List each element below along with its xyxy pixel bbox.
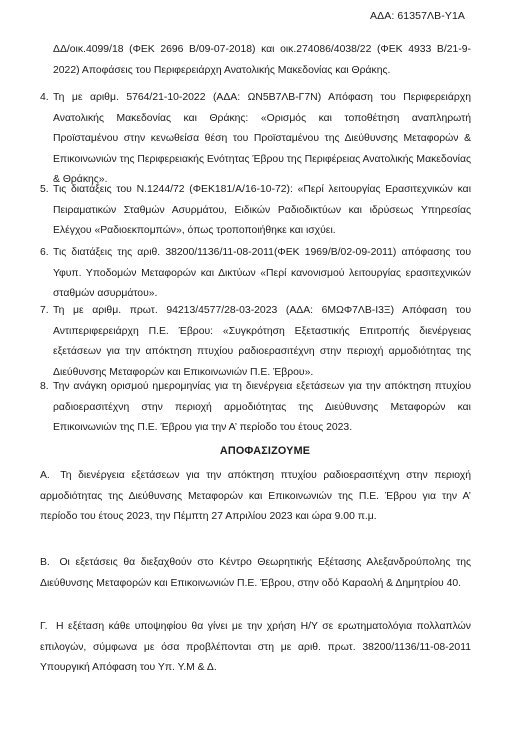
item-text: Τις διατάξεις της αριθ. 38200/1136/11-08… xyxy=(53,243,471,305)
list-item-4: 4. Τη με αριθμ. 5764/21-10-2022 (ΑΔΑ: ΩΝ… xyxy=(40,88,471,191)
item-text: Την ανάγκη ορισμού ημερομηνίας για τη δι… xyxy=(53,377,471,439)
section-text: Α. Τη διενέργεια εξετάσεων για την απόκτ… xyxy=(40,466,471,528)
item-number: 7. xyxy=(40,301,53,383)
section-b: Β. Οι εξετάσεις θα διεξαχθούν στο Κέντρο… xyxy=(40,553,471,594)
section-text: Β. Οι εξετάσεις θα διεξαχθούν στο Κέντρο… xyxy=(40,553,471,594)
item-text: Τις διατάξεις του Ν.1244/72 (ΦΕΚ181/Α/16… xyxy=(53,180,471,242)
item-number: 8. xyxy=(40,377,53,439)
section-body: Τη διενέργεια εξετάσεων για την απόκτηση… xyxy=(40,470,471,522)
section-body: Οι εξετάσεις θα διεξαχθούν στο Κέντρο Θε… xyxy=(40,557,471,589)
continuation-paragraph: ΔΔ/οικ.4099/18 (ΦΕΚ 2696 Β/09-07-2018) κ… xyxy=(53,40,471,81)
section-a: Α. Τη διενέργεια εξετάσεων για την απόκτ… xyxy=(40,466,471,528)
list-item-8: 8. Την ανάγκη ορισμού ημερομηνίας για τη… xyxy=(40,377,471,439)
decision-heading: ΑΠΟΦΑΣΙΖΟΥΜΕ xyxy=(0,445,530,457)
list-item-6: 6. Τις διατάξεις της αριθ. 38200/1136/11… xyxy=(40,243,471,305)
section-letter: Γ. xyxy=(40,621,47,632)
item-number: 5. xyxy=(40,180,53,242)
item-number: 4. xyxy=(40,88,53,191)
item-text: Τη με αριθμ. 5764/21-10-2022 (ΑΔΑ: ΩΝ5Β7… xyxy=(53,88,471,191)
section-letter: Β. xyxy=(40,557,50,568)
document-page: ΑΔΑ: 61357ΛΒ-Υ1Α ΔΔ/οικ.4099/18 (ΦΕΚ 269… xyxy=(0,0,530,750)
section-c: Γ. Η εξέταση κάθε υποψηφίου θα γίνει με … xyxy=(40,617,471,679)
item-text: Τη με αριθμ. πρωτ. 94213/4577/28-03-2023… xyxy=(53,301,471,383)
list-item-7: 7. Τη με αριθμ. πρωτ. 94213/4577/28-03-2… xyxy=(40,301,471,383)
section-text: Γ. Η εξέταση κάθε υποψηφίου θα γίνει με … xyxy=(40,617,471,679)
item-number: 6. xyxy=(40,243,53,305)
list-item-5: 5. Τις διατάξεις του Ν.1244/72 (ΦΕΚ181/Α… xyxy=(40,180,471,242)
section-body: Η εξέταση κάθε υποψηφίου θα γίνει με την… xyxy=(40,621,471,673)
ada-code: ΑΔΑ: 61357ΛΒ-Υ1Α xyxy=(370,10,465,22)
section-letter: Α. xyxy=(40,470,50,481)
